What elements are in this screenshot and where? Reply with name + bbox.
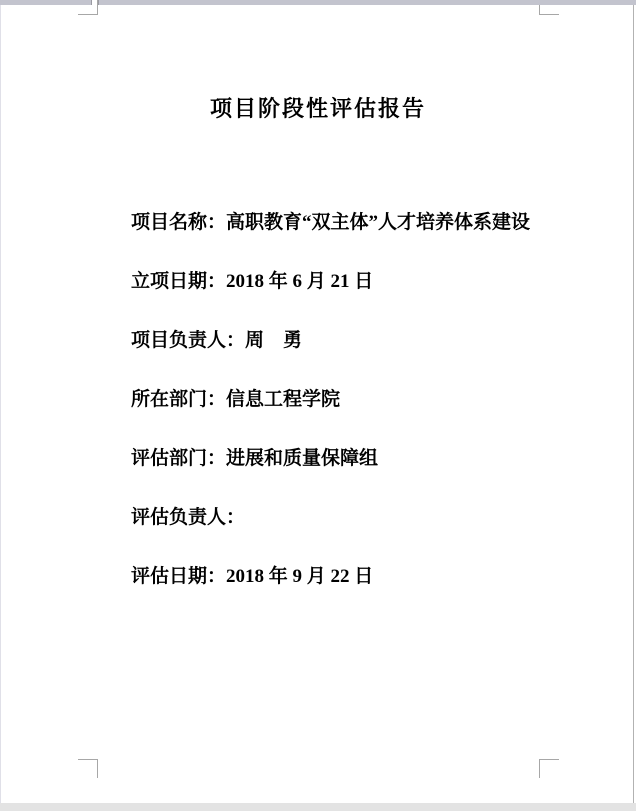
doc-line-eval-date: 评估日期：2018 年 9 月 22 日 <box>131 564 551 589</box>
doc-line-project-leader: 项目负责人：周 勇 <box>131 328 551 353</box>
crop-mark-bottom-left <box>97 759 98 778</box>
page-left-edge <box>0 5 1 803</box>
crop-mark-top-left <box>78 14 98 15</box>
window-top-strip <box>0 0 636 5</box>
doc-line-start-date: 立项日期：2018 年 6 月 21 日 <box>131 269 551 294</box>
page-right-edge <box>633 5 634 803</box>
crop-mark-bottom-right <box>539 759 559 760</box>
doc-line-eval-dept: 评估部门：进展和质量保障组 <box>131 446 551 471</box>
window-bottom-strip <box>0 803 636 811</box>
word-page-view: 项目阶段性评估报告 项目名称：高职教育“双主体”人才培养体系建设 立项日期：20… <box>0 0 636 811</box>
doc-line-project-name: 项目名称：高职教育“双主体”人才培养体系建设 <box>131 210 551 235</box>
crop-mark-top-left <box>97 0 98 15</box>
crop-mark-bottom-left <box>78 759 98 760</box>
doc-line-department: 所在部门：信息工程学院 <box>131 387 551 412</box>
doc-line-eval-leader: 评估负责人： <box>131 505 551 530</box>
crop-mark-top-right <box>539 14 559 15</box>
document-title: 项目阶段性评估报告 <box>97 92 539 123</box>
crop-mark-bottom-right <box>539 759 540 778</box>
